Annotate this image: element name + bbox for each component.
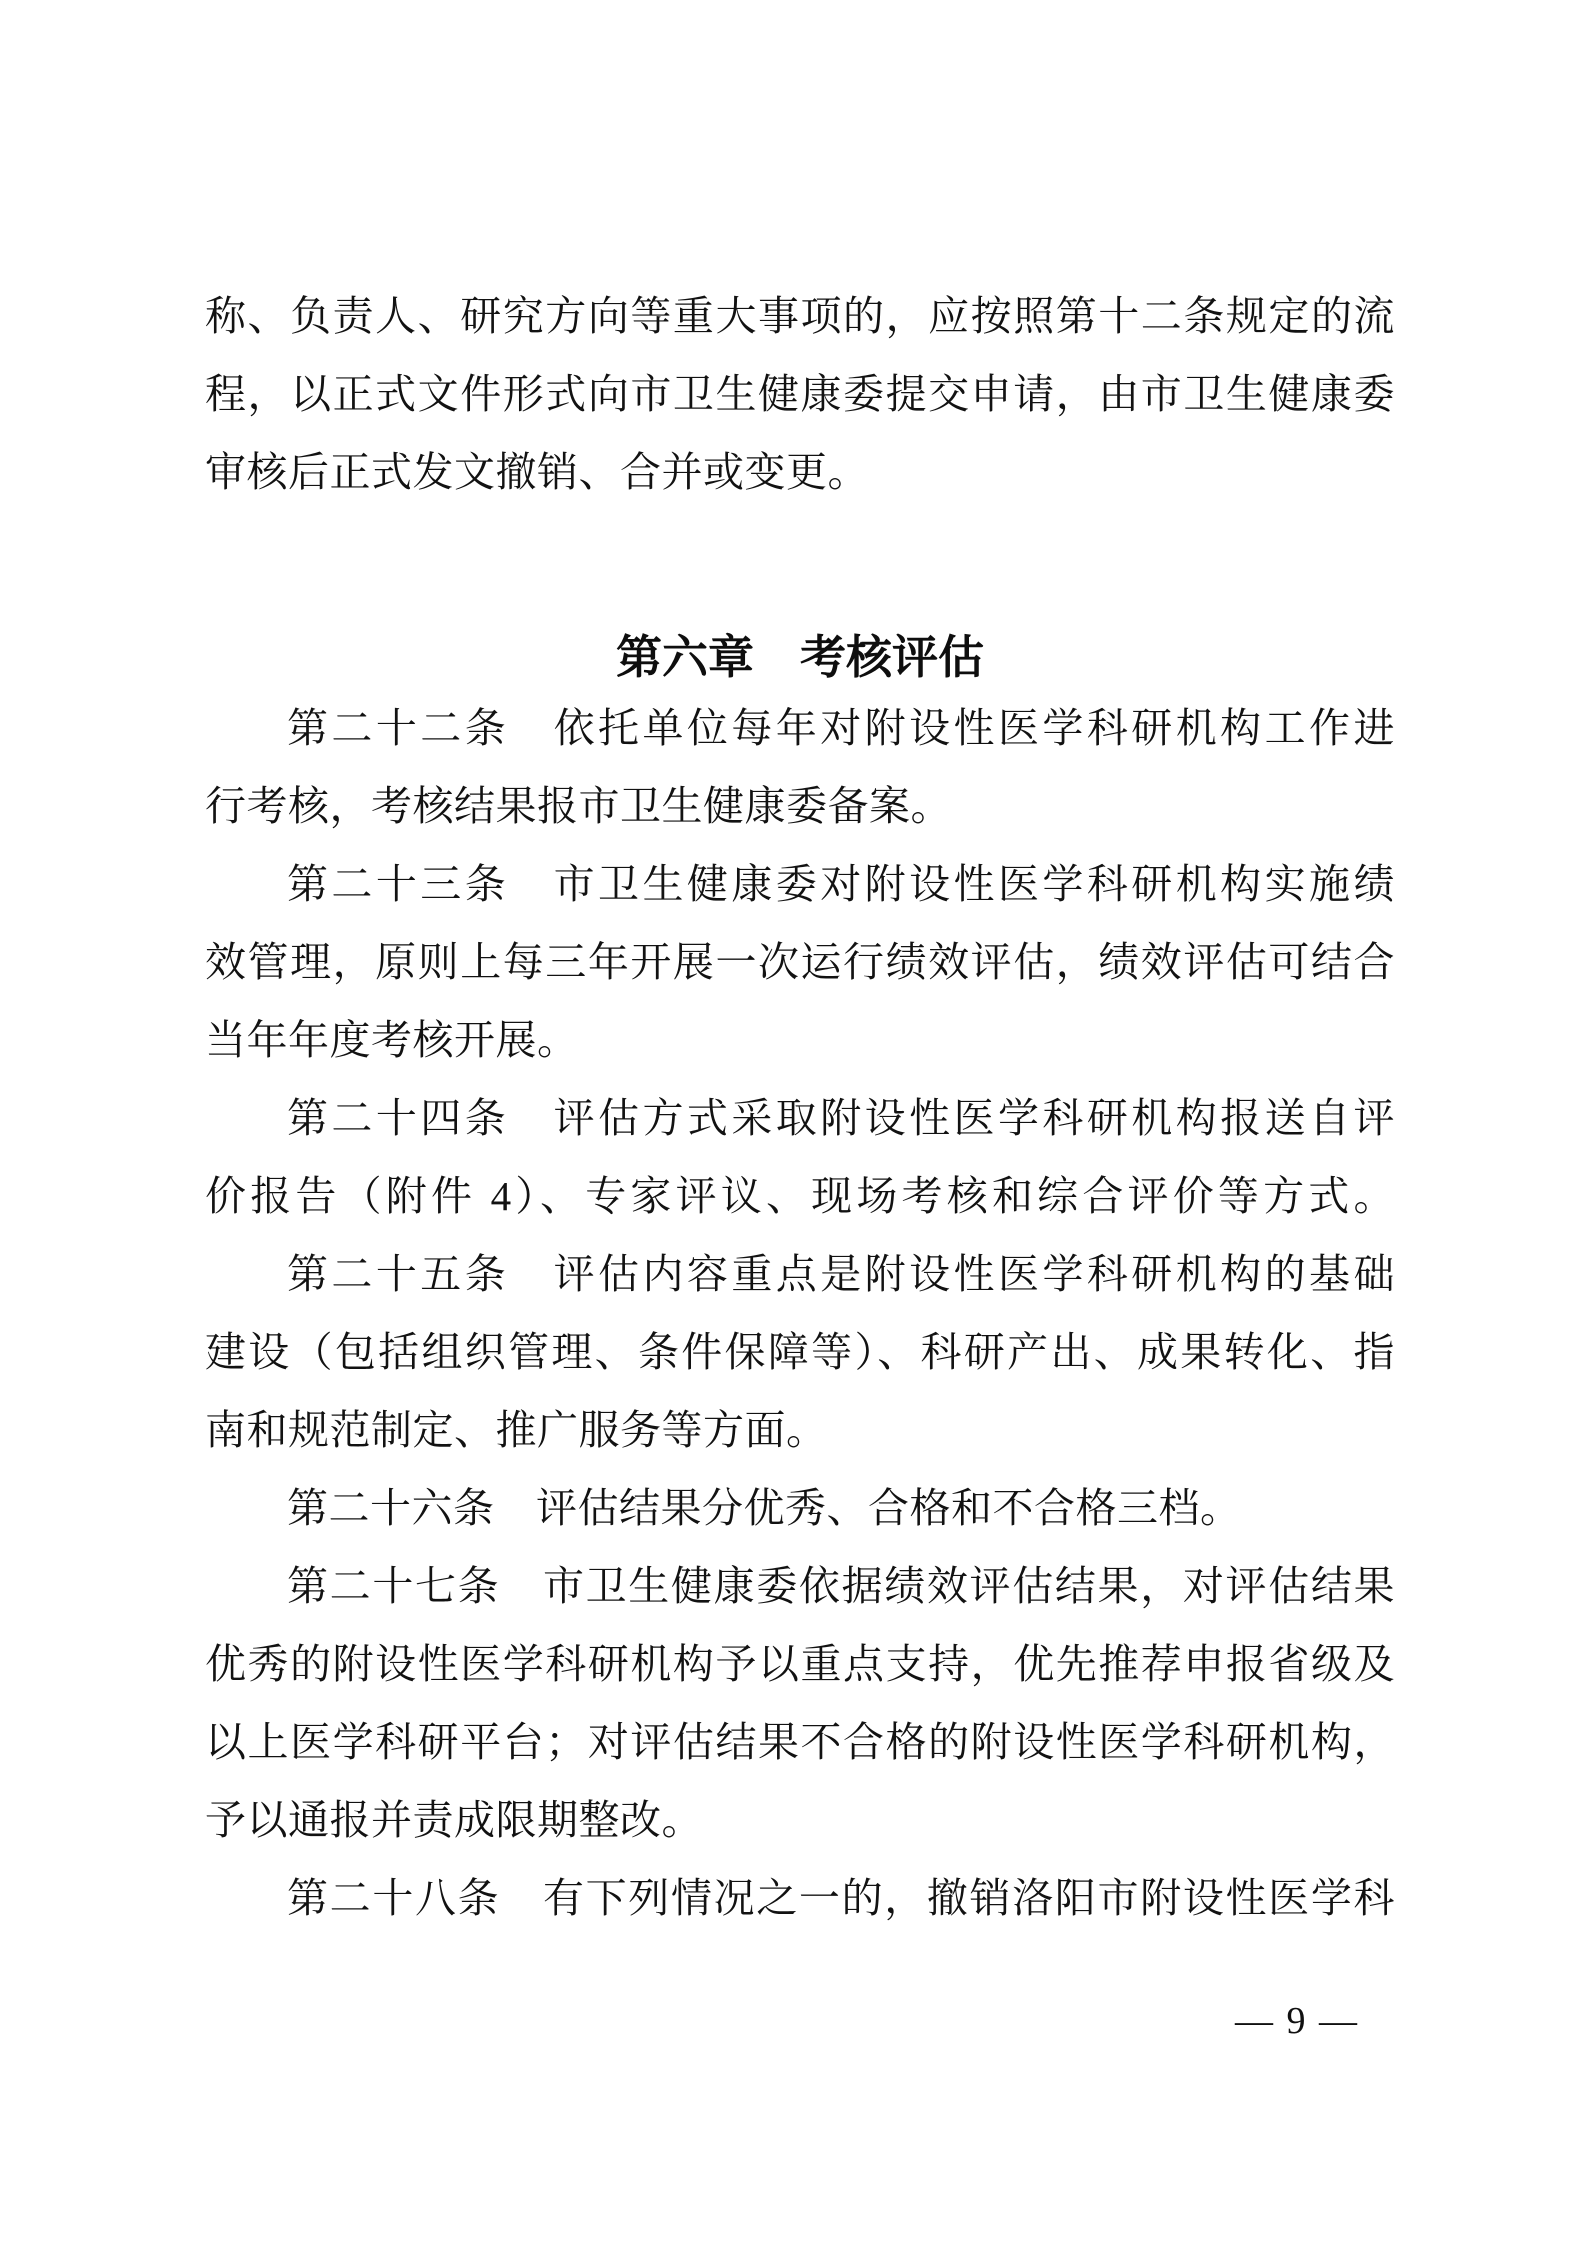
intro-paragraph: 称、负责人、研究方向等重大事项的，应按照第十二条规定的流 程，以正式文件形式向市… [205, 277, 1395, 511]
text-line: 当年年度考核开展。 [205, 1001, 1395, 1079]
text-line: 称、负责人、研究方向等重大事项的，应按照第十二条规定的流 [205, 277, 1395, 355]
chapter-heading: 第六章 考核评估 [205, 618, 1395, 696]
text-line: 建设（包括组织管理、条件保障等）、科研产出、成果转化、指 [205, 1313, 1395, 1391]
article-paragraph-22: 第二十二条 依托单位每年对附设性医学科研机构工作进 行考核，考核结果报市卫生健康… [205, 689, 1395, 845]
text-line: 效管理，原则上每三年开展一次运行绩效评估，绩效评估可结合 [205, 923, 1395, 1001]
text-line: 第二十四条 评估方式采取附设性医学科研机构报送自评 [205, 1079, 1395, 1157]
article-paragraph-28: 第二十八条 有下列情况之一的，撤销洛阳市附设性医学科 [205, 1859, 1395, 1937]
text-line: 第二十七条 市卫生健康委依据绩效评估结果，对评估结果 [205, 1547, 1395, 1625]
article-paragraph-27: 第二十七条 市卫生健康委依据绩效评估结果，对评估结果 优秀的附设性医学科研机构予… [205, 1547, 1395, 1859]
text-line: 价报告（附件 4）、专家评议、现场考核和综合评价等方式。 [205, 1157, 1395, 1235]
text-line: 优秀的附设性医学科研机构予以重点支持，优先推荐申报省级及 [205, 1625, 1395, 1703]
text-line: 第二十二条 依托单位每年对附设性医学科研机构工作进 [205, 689, 1395, 767]
text-line: 行考核，考核结果报市卫生健康委备案。 [205, 767, 1395, 845]
text-line: 程，以正式文件形式向市卫生健康委提交申请，由市卫生健康委 [205, 355, 1395, 433]
text-line: 以上医学科研平台；对评估结果不合格的附设性医学科研机构， [205, 1703, 1395, 1781]
text-line: 南和规范制定、推广服务等方面。 [205, 1391, 1395, 1469]
text-line: 第二十六条 评估结果分优秀、合格和不合格三档。 [205, 1469, 1395, 1547]
document-page: 称、负责人、研究方向等重大事项的，应按照第十二条规定的流 程，以正式文件形式向市… [0, 0, 1587, 2245]
articles-block: 第二十二条 依托单位每年对附设性医学科研机构工作进 行考核，考核结果报市卫生健康… [205, 689, 1395, 1937]
page-number: — 9 — [1235, 1996, 1359, 2046]
text-line: 予以通报并责成限期整改。 [205, 1781, 1395, 1859]
article-paragraph-24: 第二十四条 评估方式采取附设性医学科研机构报送自评 价报告（附件 4）、专家评议… [205, 1079, 1395, 1235]
text-line: 第二十五条 评估内容重点是附设性医学科研机构的基础 [205, 1235, 1395, 1313]
article-paragraph-26: 第二十六条 评估结果分优秀、合格和不合格三档。 [205, 1469, 1395, 1547]
text-line: 第二十三条 市卫生健康委对附设性医学科研机构实施绩 [205, 845, 1395, 923]
text-line: 第二十八条 有下列情况之一的，撤销洛阳市附设性医学科 [205, 1859, 1395, 1937]
text-line: 审核后正式发文撤销、合并或变更。 [205, 433, 1395, 511]
article-paragraph-25: 第二十五条 评估内容重点是附设性医学科研机构的基础 建设（包括组织管理、条件保障… [205, 1235, 1395, 1469]
article-paragraph-23: 第二十三条 市卫生健康委对附设性医学科研机构实施绩 效管理，原则上每三年开展一次… [205, 845, 1395, 1079]
